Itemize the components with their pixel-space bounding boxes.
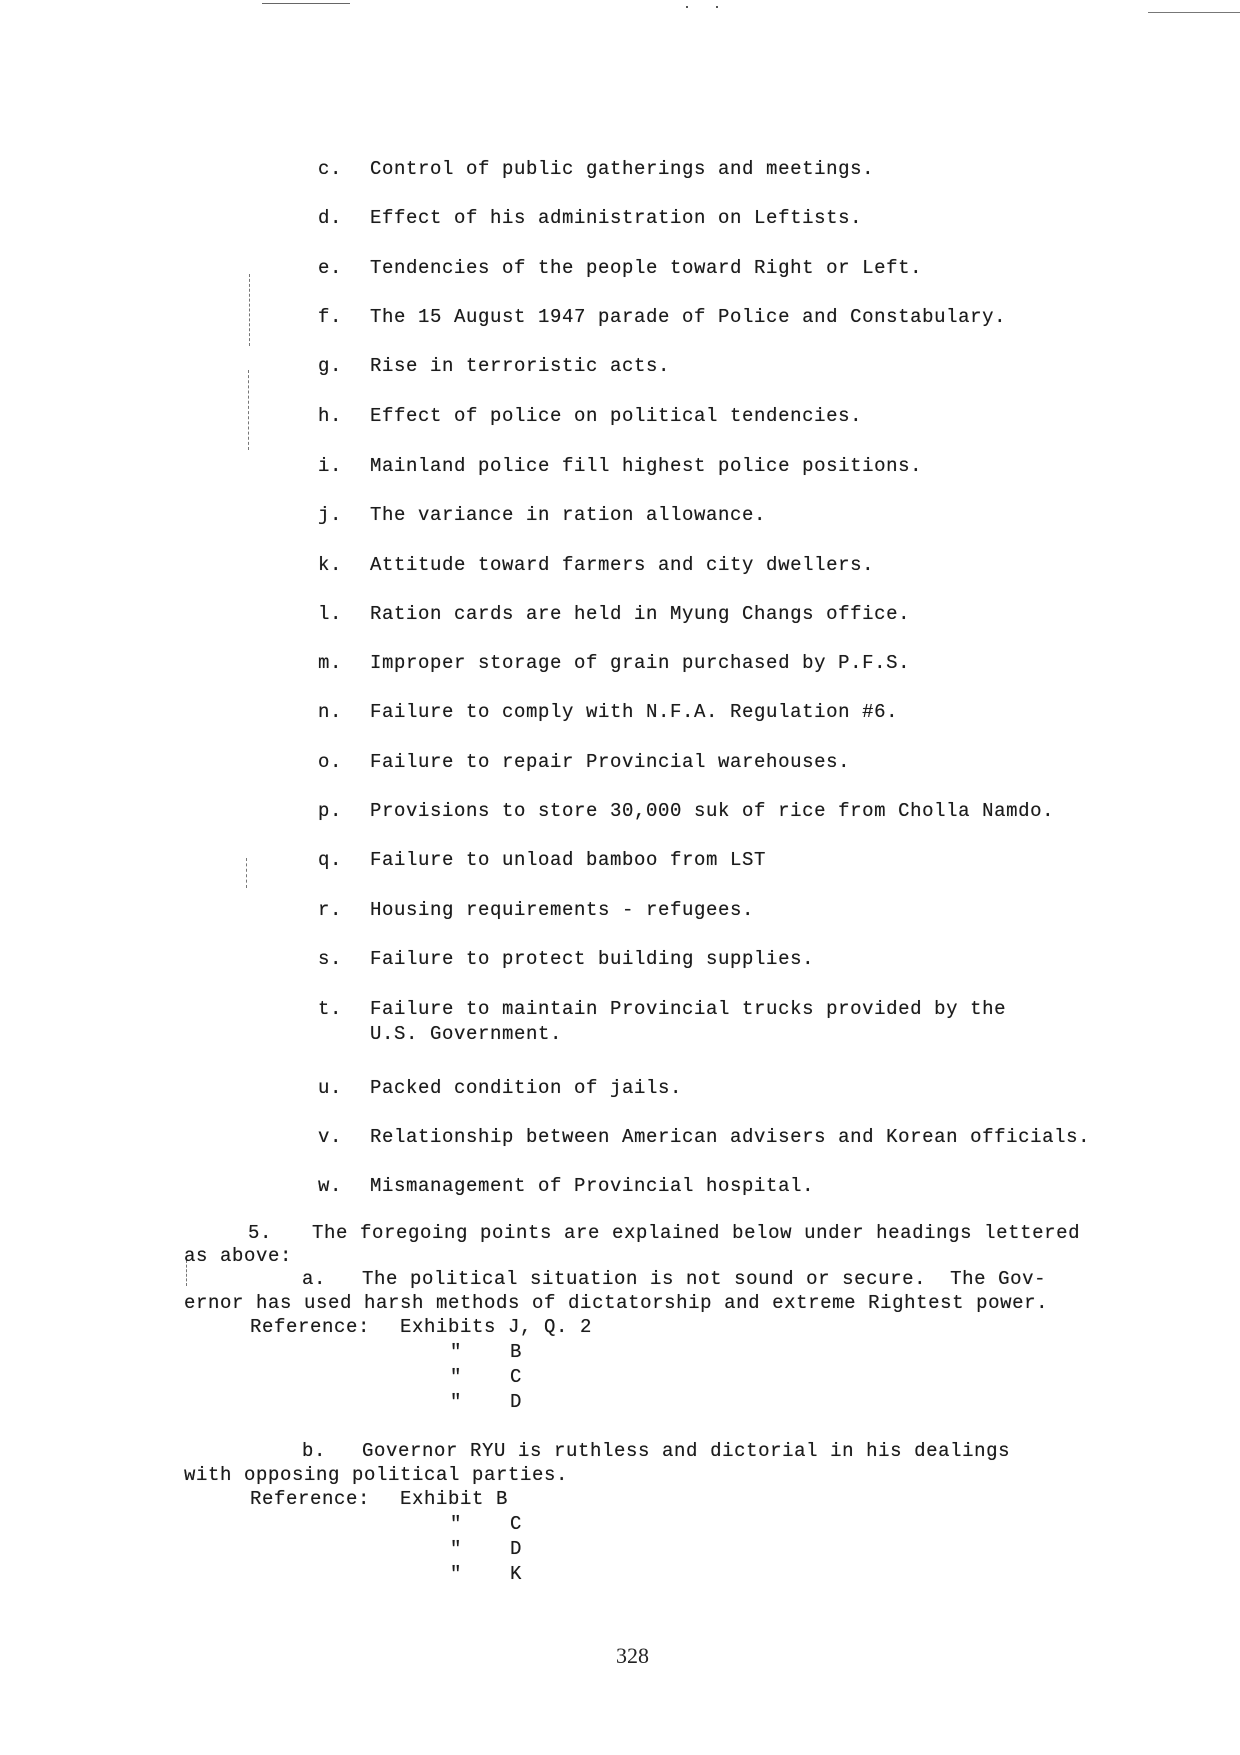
list-item-letter: r.: [318, 899, 342, 921]
list-item-letter: w.: [318, 1175, 342, 1197]
list-item-g: g. Rise in terroristic acts.: [0, 355, 48, 381]
list-item-letter: m.: [318, 652, 342, 674]
sub-a-line2: ernor has used harsh methods of dictator…: [184, 1292, 1048, 1314]
sub-b-line2: with opposing political parties.: [184, 1464, 568, 1486]
list-item-u: u. Packed condition of jails.: [0, 1077, 48, 1103]
list-item-letter: t.: [318, 998, 342, 1020]
list-item-text: Rise in terroristic acts.: [370, 355, 670, 377]
scan-artifact-top-center-2: [716, 6, 718, 8]
list-item-text: Housing requirements - refugees.: [370, 899, 754, 921]
section-5-number: 5.: [248, 1222, 272, 1244]
scan-artifact-top-right: [1148, 12, 1240, 13]
sub-b-reference-first: Exhibit B: [400, 1488, 508, 1510]
list-item-c: c. Control of public gatherings and meet…: [0, 158, 48, 184]
list-item-k: k. Attitude toward farmers and city dwel…: [0, 554, 48, 580]
list-item-text: Attitude toward farmers and city dweller…: [370, 554, 874, 576]
list-item-e: e. Tendencies of the people toward Right…: [0, 257, 48, 283]
sub-b-ditto-mark: ": [450, 1538, 462, 1560]
section-5-line1: The foregoing points are explained below…: [312, 1222, 1080, 1244]
sub-b-ditto-mark: ": [450, 1563, 462, 1585]
list-item-text: Ration cards are held in Myung Changs of…: [370, 603, 910, 625]
scan-artifact-margin-line-2: [248, 370, 249, 450]
page-number: 328: [616, 1643, 649, 1669]
list-item-w: w. Mismanagement of Provincial hospital.: [0, 1175, 48, 1201]
list-item-s: s. Failure to protect building supplies.: [0, 948, 48, 974]
list-item-letter: j.: [318, 504, 342, 526]
list-item-l: l. Ration cards are held in Myung Changs…: [0, 603, 48, 629]
sub-b-ditto-mark: ": [450, 1513, 462, 1535]
sub-a-ditto-value: B: [510, 1341, 522, 1363]
document-page: c. Control of public gatherings and meet…: [0, 0, 1240, 1755]
sub-a-ditto-value: D: [510, 1391, 522, 1413]
list-item-o: o. Failure to repair Provincial warehous…: [0, 751, 48, 777]
list-item-letter: p.: [318, 800, 342, 822]
scan-artifact-top-center: [686, 6, 688, 8]
list-item-p: p. Provisions to store 30,000 suk of ric…: [0, 800, 48, 826]
scan-artifact-margin-line: [249, 274, 250, 346]
list-item-j: j. The variance in ration allowance.: [0, 504, 48, 530]
list-item-text: Failure to repair Provincial warehouses.: [370, 751, 850, 773]
list-item-text: Failure to protect building supplies.: [370, 948, 814, 970]
sub-a-ditto-mark: ": [450, 1341, 462, 1363]
sub-a-reference-first: Exhibits J, Q. 2: [400, 1316, 592, 1338]
sub-b-ditto-value: C: [510, 1513, 522, 1535]
list-item-letter: c.: [318, 158, 342, 180]
sub-b-ditto-value: K: [510, 1563, 522, 1585]
list-item-text: Mismanagement of Provincial hospital.: [370, 1175, 814, 1197]
list-item-letter: n.: [318, 701, 342, 723]
sub-b-reference-label: Reference:: [250, 1488, 370, 1510]
list-item-text: Packed condition of jails.: [370, 1077, 682, 1099]
list-item-text: Control of public gatherings and meeting…: [370, 158, 874, 180]
scan-artifact-top-left: [262, 3, 350, 4]
list-item-text: Effect of police on political tendencies…: [370, 405, 862, 427]
list-item-letter: f.: [318, 306, 342, 328]
sub-a-ditto-mark: ": [450, 1391, 462, 1413]
list-item-letter: h.: [318, 405, 342, 427]
list-item-letter: l.: [318, 603, 342, 625]
list-item-letter: q.: [318, 849, 342, 871]
scan-artifact-margin-line-3: [246, 858, 247, 888]
list-item-text: Effect of his administration on Leftists…: [370, 207, 862, 229]
sub-a-line1: a. The political situation is not sound …: [302, 1268, 1046, 1290]
sub-b-ditto-value: D: [510, 1538, 522, 1560]
list-item-text: Tendencies of the people toward Right or…: [370, 257, 922, 279]
list-item-letter: v.: [318, 1126, 342, 1148]
list-item-text: Failure to unload bamboo from LST: [370, 849, 766, 871]
list-item-letter: i.: [318, 455, 342, 477]
list-item-text: The 15 August 1947 parade of Police and …: [370, 306, 1006, 328]
sub-b-line1: b. Governor RYU is ruthless and dictoria…: [302, 1440, 1010, 1462]
list-item-v: v. Relationship between American adviser…: [0, 1126, 48, 1152]
list-item-r: r. Housing requirements - refugees.: [0, 899, 48, 925]
list-item-text: Failure to maintain Provincial trucks pr…: [370, 998, 1006, 1020]
sub-a-ditto-value: C: [510, 1366, 522, 1388]
list-item-t: t. Failure to maintain Provincial trucks…: [0, 998, 48, 1050]
list-item-text: Provisions to store 30,000 suk of rice f…: [370, 800, 1054, 822]
list-item-letter: u.: [318, 1077, 342, 1099]
list-item-text-continued: U.S. Government.: [370, 1023, 562, 1045]
sub-a-ditto-mark: ": [450, 1366, 462, 1388]
list-item-m: m. Improper storage of grain purchased b…: [0, 652, 48, 678]
list-item-d: d. Effect of his administration on Lefti…: [0, 207, 48, 233]
list-item-text: Failure to comply with N.F.A. Regulation…: [370, 701, 898, 723]
list-item-letter: d.: [318, 207, 342, 229]
list-item-q: q. Failure to unload bamboo from LST: [0, 849, 48, 875]
list-item-letter: o.: [318, 751, 342, 773]
list-item-n: n. Failure to comply with N.F.A. Regulat…: [0, 701, 48, 727]
list-item-text: Improper storage of grain purchased by P…: [370, 652, 910, 674]
list-item-letter: e.: [318, 257, 342, 279]
list-item-text: The variance in ration allowance.: [370, 504, 766, 526]
list-item-letter: g.: [318, 355, 342, 377]
list-item-i: i. Mainland police fill highest police p…: [0, 455, 48, 481]
sub-a-reference-label: Reference:: [250, 1316, 370, 1338]
list-item-text: Mainland police fill highest police posi…: [370, 455, 922, 477]
list-item-text: Relationship between American advisers a…: [370, 1126, 1090, 1148]
section-5-line2: as above:: [184, 1245, 292, 1267]
list-item-letter: s.: [318, 948, 342, 970]
list-item-letter: k.: [318, 554, 342, 576]
list-item-h: h. Effect of police on political tendenc…: [0, 405, 48, 431]
list-item-f: f. The 15 August 1947 parade of Police a…: [0, 306, 48, 332]
